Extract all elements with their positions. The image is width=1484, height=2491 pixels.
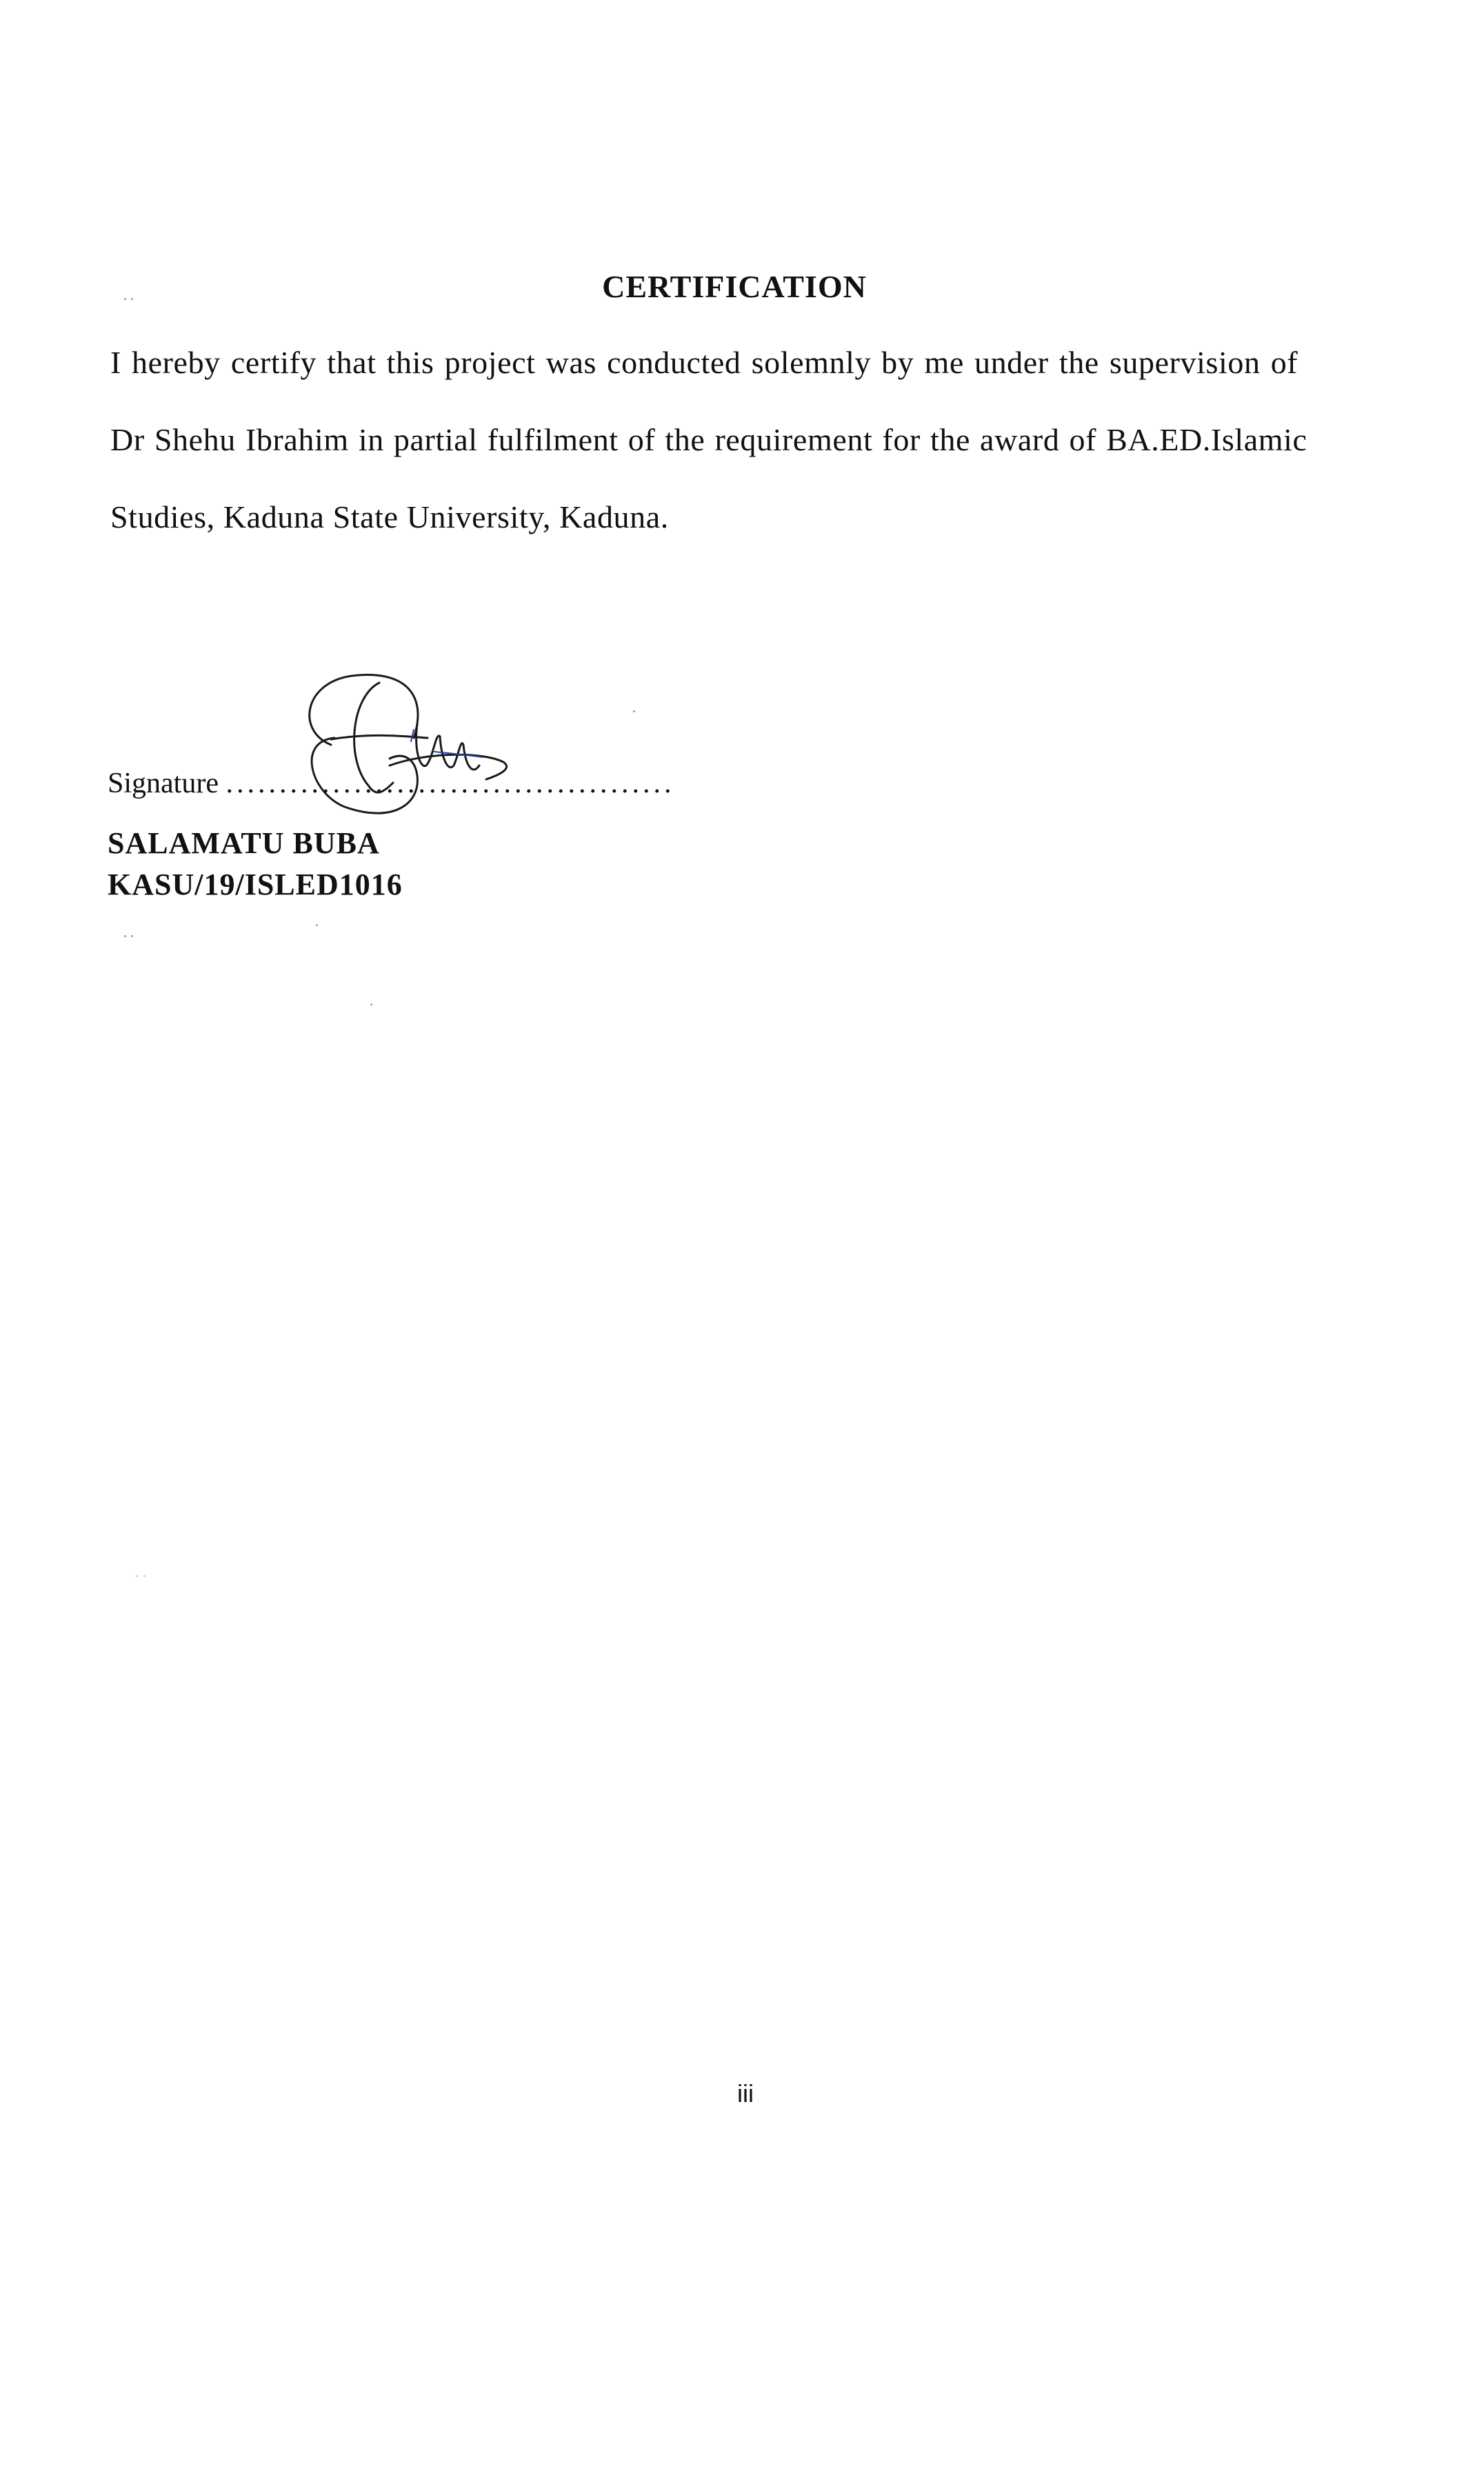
page-title: CERTIFICATION xyxy=(0,268,1484,306)
page-number: iii xyxy=(0,2079,1484,2109)
scan-speck xyxy=(131,935,133,937)
registration-number: KASU/19/ISLED1016 xyxy=(108,866,403,903)
scan-speck xyxy=(131,298,133,300)
certification-text-line-3: Studies, Kaduna State University, Kaduna… xyxy=(110,498,669,537)
certification-heading: CERTIFICATION xyxy=(602,268,867,306)
scan-speck xyxy=(124,935,126,937)
handwritten-signature-icon xyxy=(248,655,552,828)
author-name: SALAMATU BUBA xyxy=(108,825,380,862)
scan-speck xyxy=(124,298,126,300)
page-number-text: iii xyxy=(737,2079,754,2109)
scan-speck xyxy=(316,924,318,926)
scan-speck xyxy=(143,1575,146,1577)
scan-speck xyxy=(633,710,635,712)
certification-text-line-1: I hereby certify that this project was c… xyxy=(110,343,1298,382)
scan-speck xyxy=(370,1003,372,1006)
signature-label: Signature xyxy=(108,768,219,799)
scan-speck xyxy=(136,1575,138,1577)
document-page: CERTIFICATION I hereby certify that this… xyxy=(0,0,1484,2491)
certification-text-line-2: Dr Shehu Ibrahim in partial fulfilment o… xyxy=(110,421,1307,459)
